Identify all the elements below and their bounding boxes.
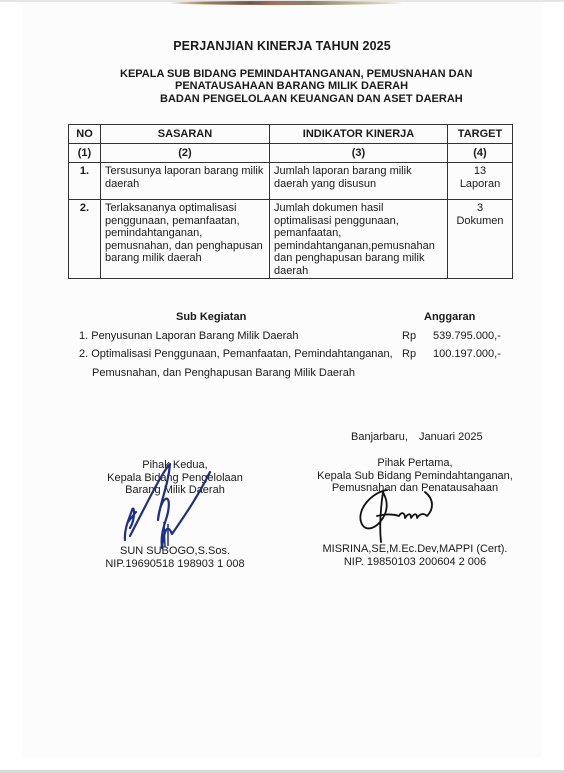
target-value: 13 [452, 165, 508, 178]
signatory-second-identity: SUN SUBOGO,S.Sos. NIP.19690518 198903 1 … [60, 545, 290, 570]
kegiatan-item-1-currency: Rp [402, 330, 416, 342]
target-value: 3 [452, 202, 508, 215]
kegiatan-item-1-label: 1. Penyusunan Laporan Barang Milik Daera… [79, 330, 299, 342]
colnum-2: (2) [101, 144, 270, 163]
first-position-line-1: Kepala Sub Bidang Pemindahtanganan, [300, 470, 530, 483]
table-row: 2. Terlaksananya optimalisasi penggunaan… [69, 200, 513, 279]
document-title: PERJANJIAN KINERJA TAHUN 2025 [0, 39, 564, 53]
header-indikator: INDIKATOR KINERJA [270, 125, 448, 144]
row-target: 3 Dokumen [448, 200, 513, 279]
signature-second-icon [110, 462, 220, 552]
signature-first-icon [355, 486, 455, 546]
second-nip: NIP.19690518 198903 1 008 [60, 558, 290, 571]
row-sasaran: Terlaksananya optimalisasi penggunaan, p… [101, 200, 270, 279]
table-header-row: NO SASARAN INDIKATOR KINERJA TARGET [69, 125, 513, 144]
sub-kegiatan-heading: Sub Kegiatan [176, 311, 246, 323]
row-indikator: Jumlah laporan barang milik daerah yang … [270, 163, 448, 200]
row-indikator: Jumlah dokumen hasil optimalisasi penggu… [270, 200, 448, 279]
anggaran-heading: Anggaran [424, 311, 475, 323]
document-page [22, 2, 542, 758]
header-sasaran: SASARAN [101, 125, 270, 144]
kegiatan-item-2-label: 2. Optimalisasi Penggunaan, Pemanfaatan,… [79, 348, 393, 360]
table-row: 1. Tersusunya laporan barang milik daera… [69, 163, 513, 200]
colnum-4: (4) [448, 144, 513, 163]
subtitle-line-3: BADAN PENGELOLAAN KEUANGAN DAN ASET DAER… [160, 93, 463, 105]
row-sasaran: Tersusunya laporan barang milik daerah [101, 163, 270, 200]
kegiatan-item-1-amount: 539.795.000,- [433, 330, 501, 342]
row-no: 2. [69, 200, 101, 279]
second-name: SUN SUBOGO,S.Sos. [60, 545, 290, 558]
scan-edge-artifact [170, 1, 402, 5]
kegiatan-item-2-amount: 100.197.000,- [433, 348, 501, 360]
subtitle-line-1: KEPALA SUB BIDANG PEMINDAHTANGANAN, PEMU… [120, 68, 472, 80]
signatory-first-identity: MISRINA,SE,M.Ec.Dev,MAPPI (Cert). NIP. 1… [300, 543, 530, 568]
column-number-row: (1) (2) (3) (4) [69, 144, 513, 163]
target-unit: Dokumen [452, 215, 508, 228]
subtitle-line-2: PENATAUSAHAAN BARANG MILIK DAERAH [175, 80, 408, 92]
colnum-3: (3) [270, 144, 448, 163]
header-no: NO [69, 125, 101, 144]
place: Banjarbaru, [351, 431, 408, 444]
performance-table: NO SASARAN INDIKATOR KINERJA TARGET (1) … [68, 124, 513, 279]
first-name: MISRINA,SE,M.Ec.Dev,MAPPI (Cert). [300, 543, 530, 556]
first-nip: NIP. 19850103 200604 2 006 [300, 556, 530, 569]
target-unit: Laporan [452, 178, 508, 191]
kegiatan-item-2-currency: Rp [402, 348, 416, 360]
date: Januari 2025 [419, 431, 483, 444]
first-role: Pihak Pertama, [300, 457, 530, 470]
header-target: TARGET [448, 125, 513, 144]
row-no: 1. [69, 163, 101, 200]
row-target: 13 Laporan [448, 163, 513, 200]
colnum-1: (1) [69, 144, 101, 163]
kegiatan-item-2-label-cont: Pemusnahan, dan Penghapusan Barang Milik… [92, 367, 355, 379]
